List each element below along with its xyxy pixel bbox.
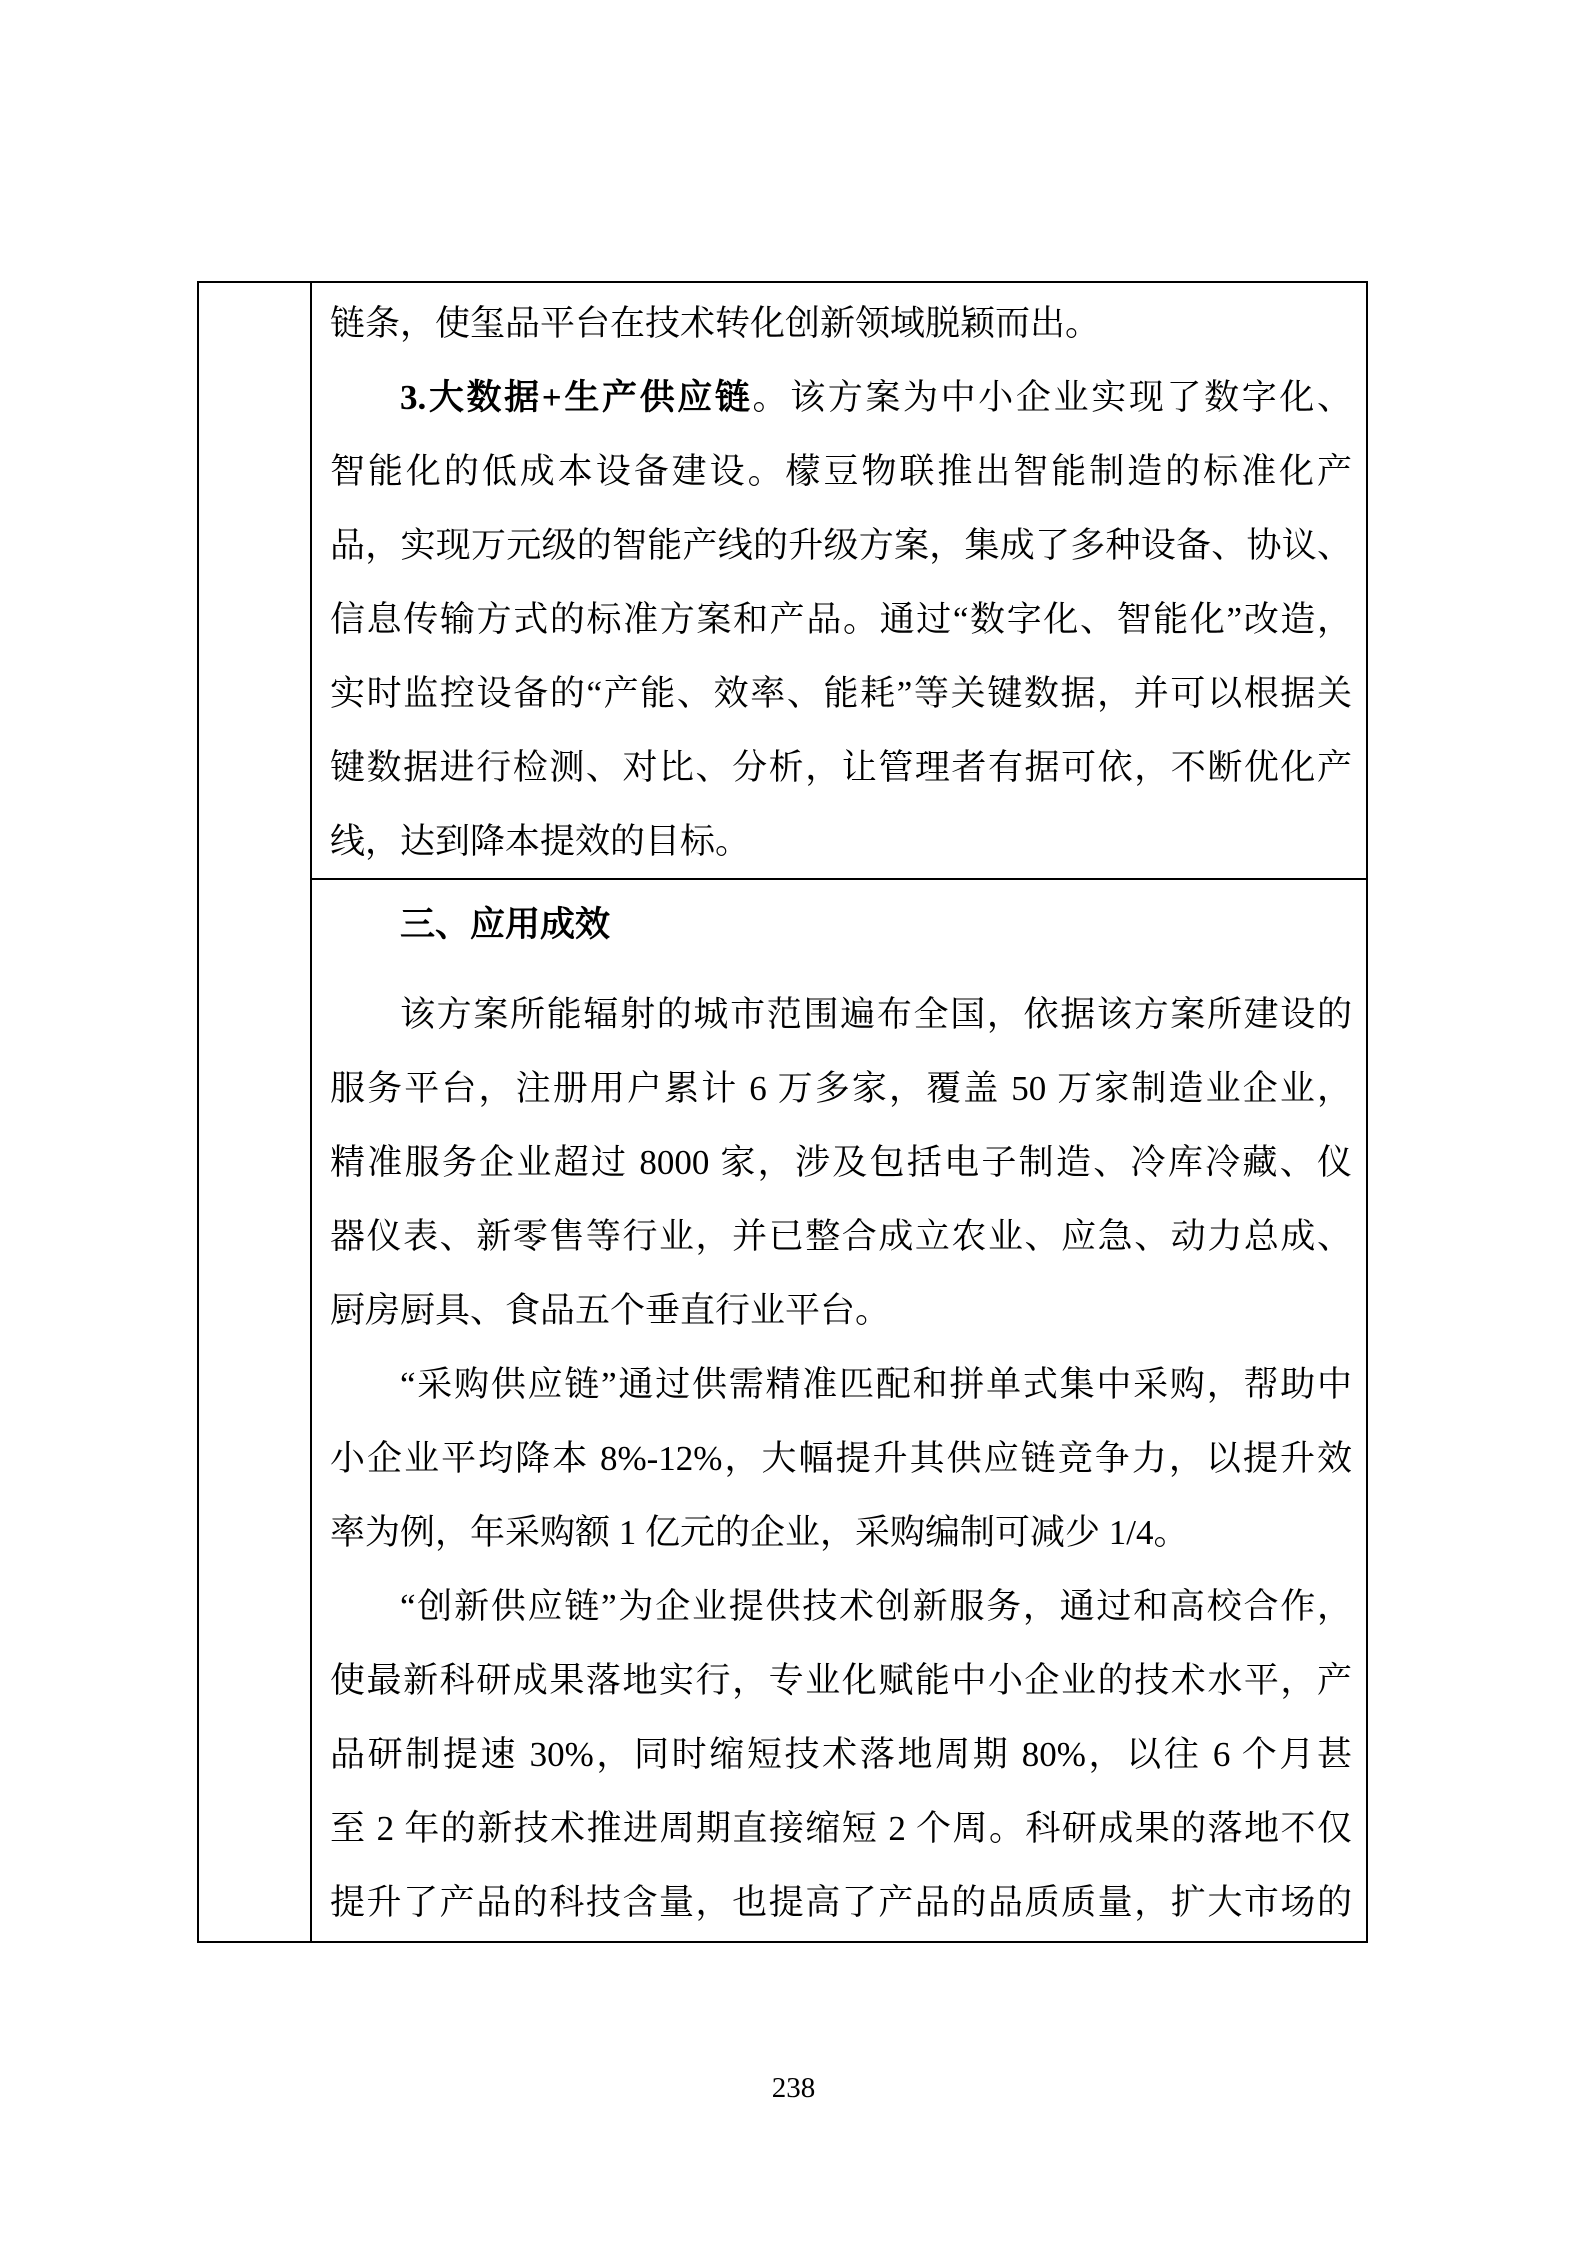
text-segment: 品研制提速 30%，同时缩短技术落地周期 80%，以往 6 个月甚 [330,1735,1352,1774]
text-line: 键数据进行检测、对比、分析，让管理者有据可依，不断优化产 [330,731,1352,805]
text-line: 至 2 年的新技术推进周期直接缩短 2 个周。科研成果的落地不仅 [330,1792,1352,1866]
text-line: 厨房厨具、食品五个垂直行业平台。 [330,1274,1352,1348]
section-heading: 三、应用成效 [330,888,1352,962]
text-segment: 率为例，年采购额 1 亿元的企业，采购编制可减少 1/4。 [330,1513,1188,1552]
table-left-cell [199,283,312,1941]
text-line: 智能化的低成本设备建设。檬豆物联推出智能制造的标准化产 [330,435,1352,509]
text-line: 品，实现万元级的智能产线的升级方案，集成了多种设备、协议、 [330,509,1352,583]
text-line: “创新供应链”为企业提供技术创新服务，通过和高校合作， [330,1570,1352,1644]
text-segment: 键数据进行检测、对比、分析，让管理者有据可依，不断优化产 [330,748,1352,787]
document-page: { "page": { "footer": { "page_number": "… [0,0,1587,2245]
text-line: 3.大数据+生产供应链。该方案为中小企业实现了数字化、 [330,361,1352,435]
text-line: 小企业平均降本 8%-12%，大幅提升其供应链竞争力，以提升效 [330,1422,1352,1496]
text-segment: 链条，使玺品平台在技术转化创新领域脱颖而出。 [330,304,1100,343]
text-line: 品研制提速 30%，同时缩短技术落地周期 80%，以往 6 个月甚 [330,1718,1352,1792]
bold-text-segment: 3.大数据+生产供应链 [400,378,753,417]
text-line: “采购供应链”通过供需精准匹配和拼单式集中采购，帮助中 [330,1348,1352,1422]
text-segment: 信息传输方式的标准方案和产品。通过“数字化、智能化”改造， [330,600,1352,639]
text-segment: 。该方案为中小企业实现了数字化、 [753,378,1352,417]
text-segment: 器仪表、新零售等行业，并已整合成立农业、应急、动力总成、 [330,1217,1352,1256]
text-line: 率为例，年采购额 1 亿元的企业，采购编制可减少 1/4。 [330,1496,1352,1570]
text-segment: 使最新科研成果落地实行，专业化赋能中小企业的技术水平，产 [330,1661,1352,1700]
text-segment: 厨房厨具、食品五个垂直行业平台。 [330,1291,890,1330]
text-segment: 至 2 年的新技术推进周期直接缩短 2 个周。科研成果的落地不仅 [330,1809,1352,1848]
page-number: 238 [0,2068,1587,2108]
text-line: 使最新科研成果落地实行，专业化赋能中小企业的技术水平，产 [330,1644,1352,1718]
text-segment: 小企业平均降本 8%-12%，大幅提升其供应链竞争力，以提升效 [330,1439,1352,1478]
text-line: 线，达到降本提效的目标。 [330,805,1352,879]
text-segment: 智能化的低成本设备建设。檬豆物联推出智能制造的标准化产 [330,452,1352,491]
text-segment: 精准服务企业超过 8000 家，涉及包括电子制造、冷库冷藏、仪 [330,1143,1352,1182]
content-table: 链条，使玺品平台在技术转化创新领域脱颖而出。3.大数据+生产供应链。该方案为中小… [197,281,1368,1943]
text-line: 器仪表、新零售等行业，并已整合成立农业、应急、动力总成、 [330,1200,1352,1274]
text-line: 精准服务企业超过 8000 家，涉及包括电子制造、冷库冷藏、仪 [330,1126,1352,1200]
table-cell-row-1: 链条，使玺品平台在技术转化创新领域脱颖而出。3.大数据+生产供应链。该方案为中小… [312,283,1366,880]
table-cell-row-2: 三、应用成效该方案所能辐射的城市范围遍布全国，依据该方案所建设的服务平台，注册用… [312,880,1366,1941]
text-segment: 线，达到降本提效的目标。 [330,822,750,861]
text-line: 链条，使玺品平台在技术转化创新领域脱颖而出。 [330,287,1352,361]
text-segment: 实时监控设备的“产能、效率、能耗”等关键数据，并可以根据关 [330,674,1352,713]
table-right-column: 链条，使玺品平台在技术转化创新领域脱颖而出。3.大数据+生产供应链。该方案为中小… [312,283,1366,1941]
text-line: 提升了产品的科技含量，也提高了产品的品质质量，扩大市场的 [330,1866,1352,1940]
text-line: 信息传输方式的标准方案和产品。通过“数字化、智能化”改造， [330,583,1352,657]
text-segment: 品，实现万元级的智能产线的升级方案，集成了多种设备、协议、 [330,526,1352,565]
text-line: 实时监控设备的“产能、效率、能耗”等关键数据，并可以根据关 [330,657,1352,731]
text-line: 服务平台，注册用户累计 6 万多家，覆盖 50 万家制造业企业， [330,1052,1352,1126]
text-segment: “采购供应链”通过供需精准匹配和拼单式集中采购，帮助中 [400,1365,1352,1404]
text-segment: “创新供应链”为企业提供技术创新服务，通过和高校合作， [400,1587,1352,1626]
bold-text-segment: 三、应用成效 [400,905,610,944]
text-segment: 该方案所能辐射的城市范围遍布全国，依据该方案所建设的 [400,995,1352,1034]
text-segment: 提升了产品的科技含量，也提高了产品的品质质量，扩大市场的 [330,1883,1352,1922]
text-line: 该方案所能辐射的城市范围遍布全国，依据该方案所建设的 [330,978,1352,1052]
text-segment: 服务平台，注册用户累计 6 万多家，覆盖 50 万家制造业企业， [330,1069,1352,1108]
